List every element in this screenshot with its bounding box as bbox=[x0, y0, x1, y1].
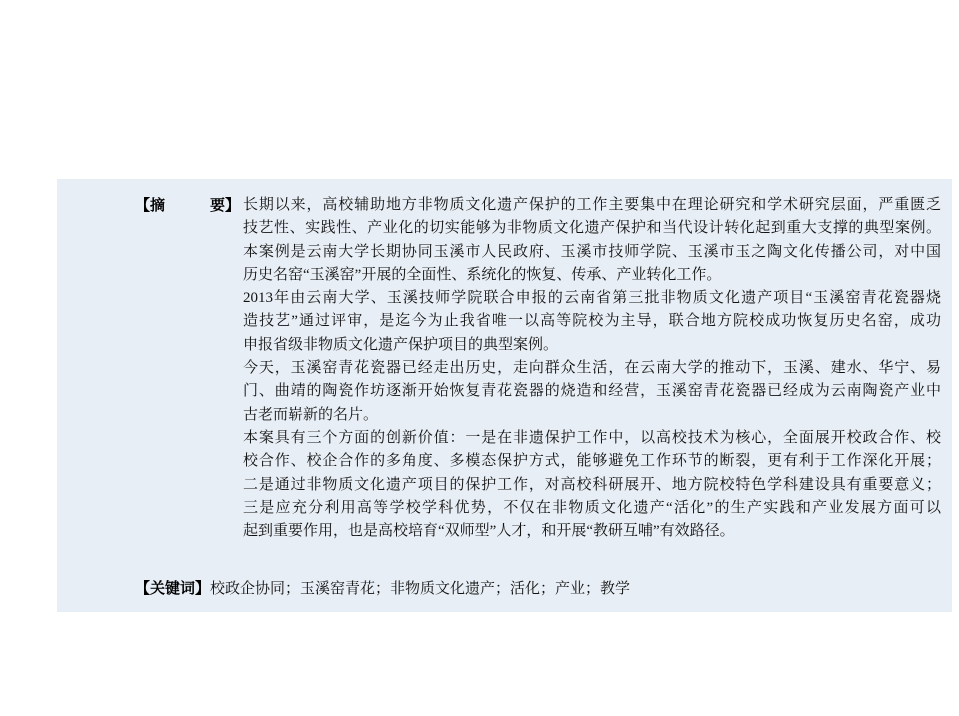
abstract-line: 长期以来，高校辅助地方非物质文化遗产保护的工作主要集中在理论研究和学术研究层面，… bbox=[243, 194, 941, 217]
abstract-line: 门、曲靖的陶瓷作坊逐渐开始恢复青花瓷器的烧造和经营，玉溪窑青花瓷器已经成为云南陶… bbox=[243, 380, 941, 403]
abstract-line: 历史名窑“玉溪窑”开展的全面性、系统化的恢复、传承、产业转化工作。 bbox=[243, 264, 941, 287]
keywords-text: 校政企协同；玉溪窑青花；非物质文化遗产；活化；产业；教学 bbox=[210, 581, 630, 597]
keywords-section: 【关键词】校政企协同；玉溪窑青花；非物质文化遗产；活化；产业；教学 bbox=[135, 577, 941, 601]
abstract-line: 2013年由云南大学、玉溪技师学院联合申报的云南省第三批非物质文化遗产项目“玉溪… bbox=[243, 287, 941, 310]
abstract-line: 校合作、校企合作的多角度、多模态保护方式，能够避免工作环节的断裂，更有利于工作深… bbox=[243, 450, 941, 473]
abstract-line: 今天，玉溪窑青花瓷器已经走出历史，走向群众生活，在云南大学的推动下，玉溪、建水、… bbox=[243, 357, 941, 380]
keywords-label: 【关键词】 bbox=[135, 580, 210, 597]
abstract-line: 二是通过非物质文化遗产项目的保护工作，对高校科研展开、地方院校特色学科建设具有重… bbox=[243, 474, 941, 497]
abstract-line: 三是应充分利用高等学校学科优势，不仅在非物质文化遗产“活化”的生产实践和产业发展… bbox=[243, 497, 941, 520]
abstract-line: 造技艺”通过评审，是迄今为止我省唯一以高等院校为主导，联合地方院校成功恢复历史名… bbox=[243, 310, 941, 333]
abstract-line: 起到重要作用，也是高校培育“双师型”人才，和开展“教研互哺”有效路径。 bbox=[243, 520, 941, 543]
abstract-body: 长期以来，高校辅助地方非物质文化遗产保护的工作主要集中在理论研究和学术研究层面，… bbox=[243, 194, 941, 543]
abstract-panel: 【摘 要】 长期以来，高校辅助地方非物质文化遗产保护的工作主要集中在理论研究和学… bbox=[57, 179, 952, 612]
abstract-line: 技艺性、实践性、产业化的切实能够为非物质文化遗产保护和当代设计转化起到重大支撑的… bbox=[243, 217, 941, 240]
abstract-line: 古老而崭新的名片。 bbox=[243, 404, 941, 427]
abstract-section: 【摘 要】 长期以来，高校辅助地方非物质文化遗产保护的工作主要集中在理论研究和学… bbox=[135, 194, 941, 543]
abstract-line: 本案具有三个方面的创新价值：一是在非遗保护工作中，以高校技术为核心，全面展开校政… bbox=[243, 427, 941, 450]
abstract-line: 本案例是云南大学长期协同玉溪市人民政府、玉溪市技师学院、玉溪市玉之陶文化传播公司… bbox=[243, 241, 941, 264]
abstract-line: 申报省级非物质文化遗产保护项目的典型案例。 bbox=[243, 334, 941, 357]
abstract-label: 【摘 要】 bbox=[135, 194, 243, 217]
